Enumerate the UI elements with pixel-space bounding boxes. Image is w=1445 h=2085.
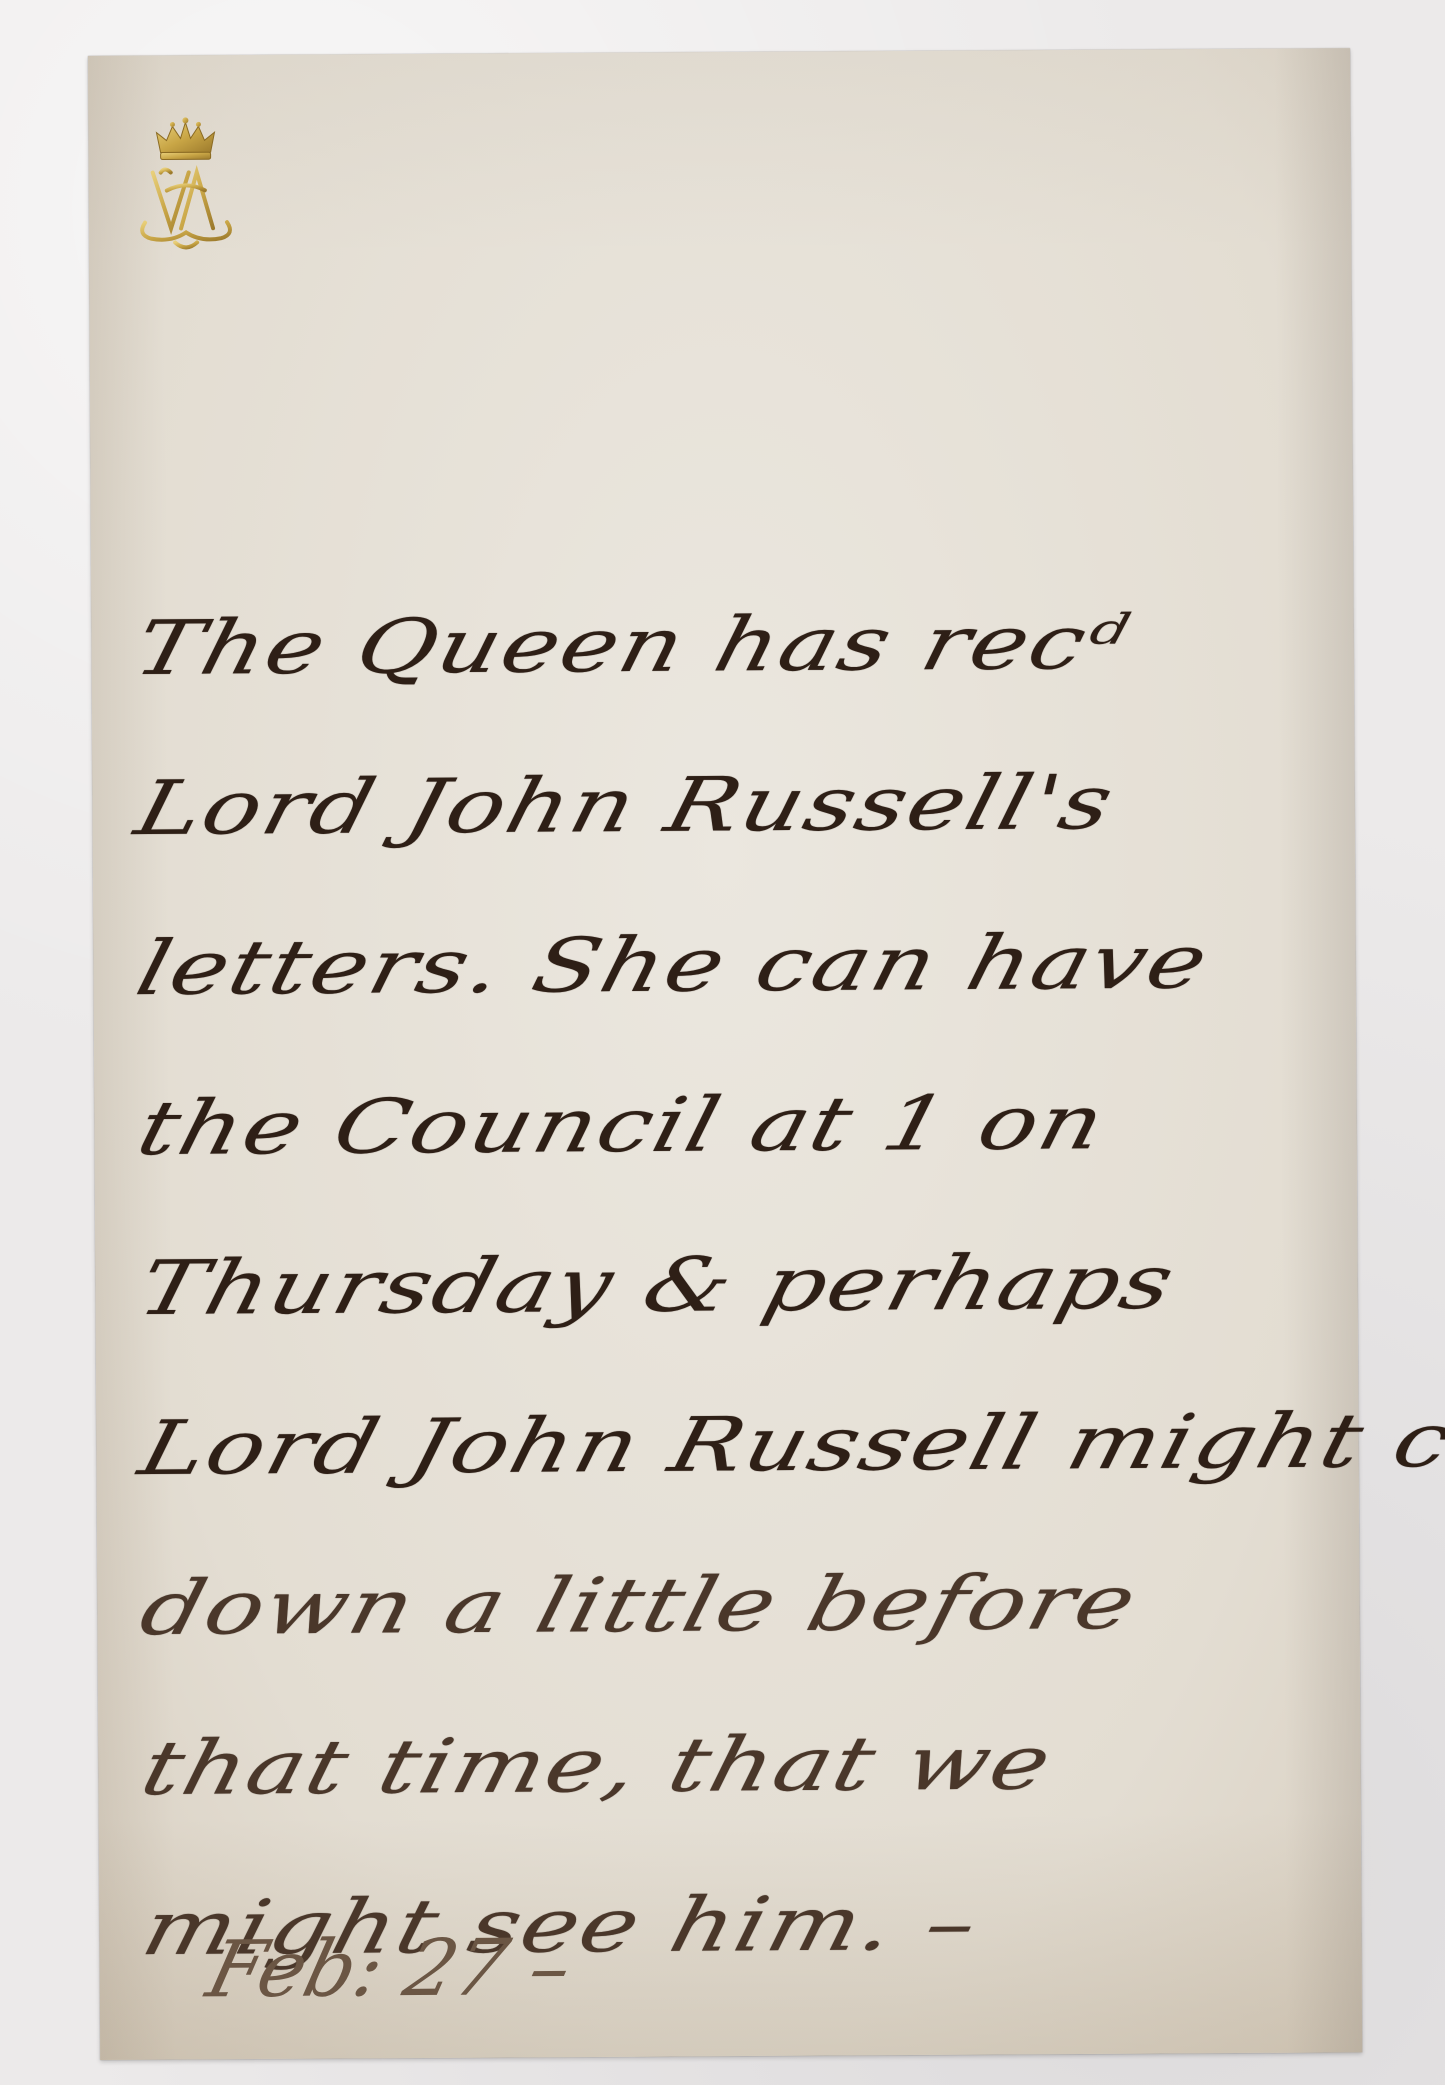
letter-line-3: letters. She can have: [124, 899, 1334, 1031]
letter-sheet: The Queen has recᵈ Lord John Russell's l…: [88, 48, 1362, 2060]
letter-date: Feb: 27 –: [199, 1923, 581, 2015]
letter-line-7: down a little before: [128, 1539, 1338, 1671]
letter-line-5: Thursday & perhaps: [126, 1219, 1336, 1351]
letter-line-8: that time, that we: [129, 1699, 1339, 1831]
letter-line-1: The Queen has recᵈ: [122, 579, 1332, 711]
crown-monogram-icon: [130, 110, 241, 261]
letter-line-4: the Council at 1 on: [125, 1059, 1335, 1191]
letter-body: The Queen has recᵈ Lord John Russell's l…: [121, 544, 1310, 1991]
letter-line-6: Lord John Russell might co:: [127, 1379, 1337, 1511]
letter-line-2: Lord John Russell's: [123, 739, 1333, 871]
